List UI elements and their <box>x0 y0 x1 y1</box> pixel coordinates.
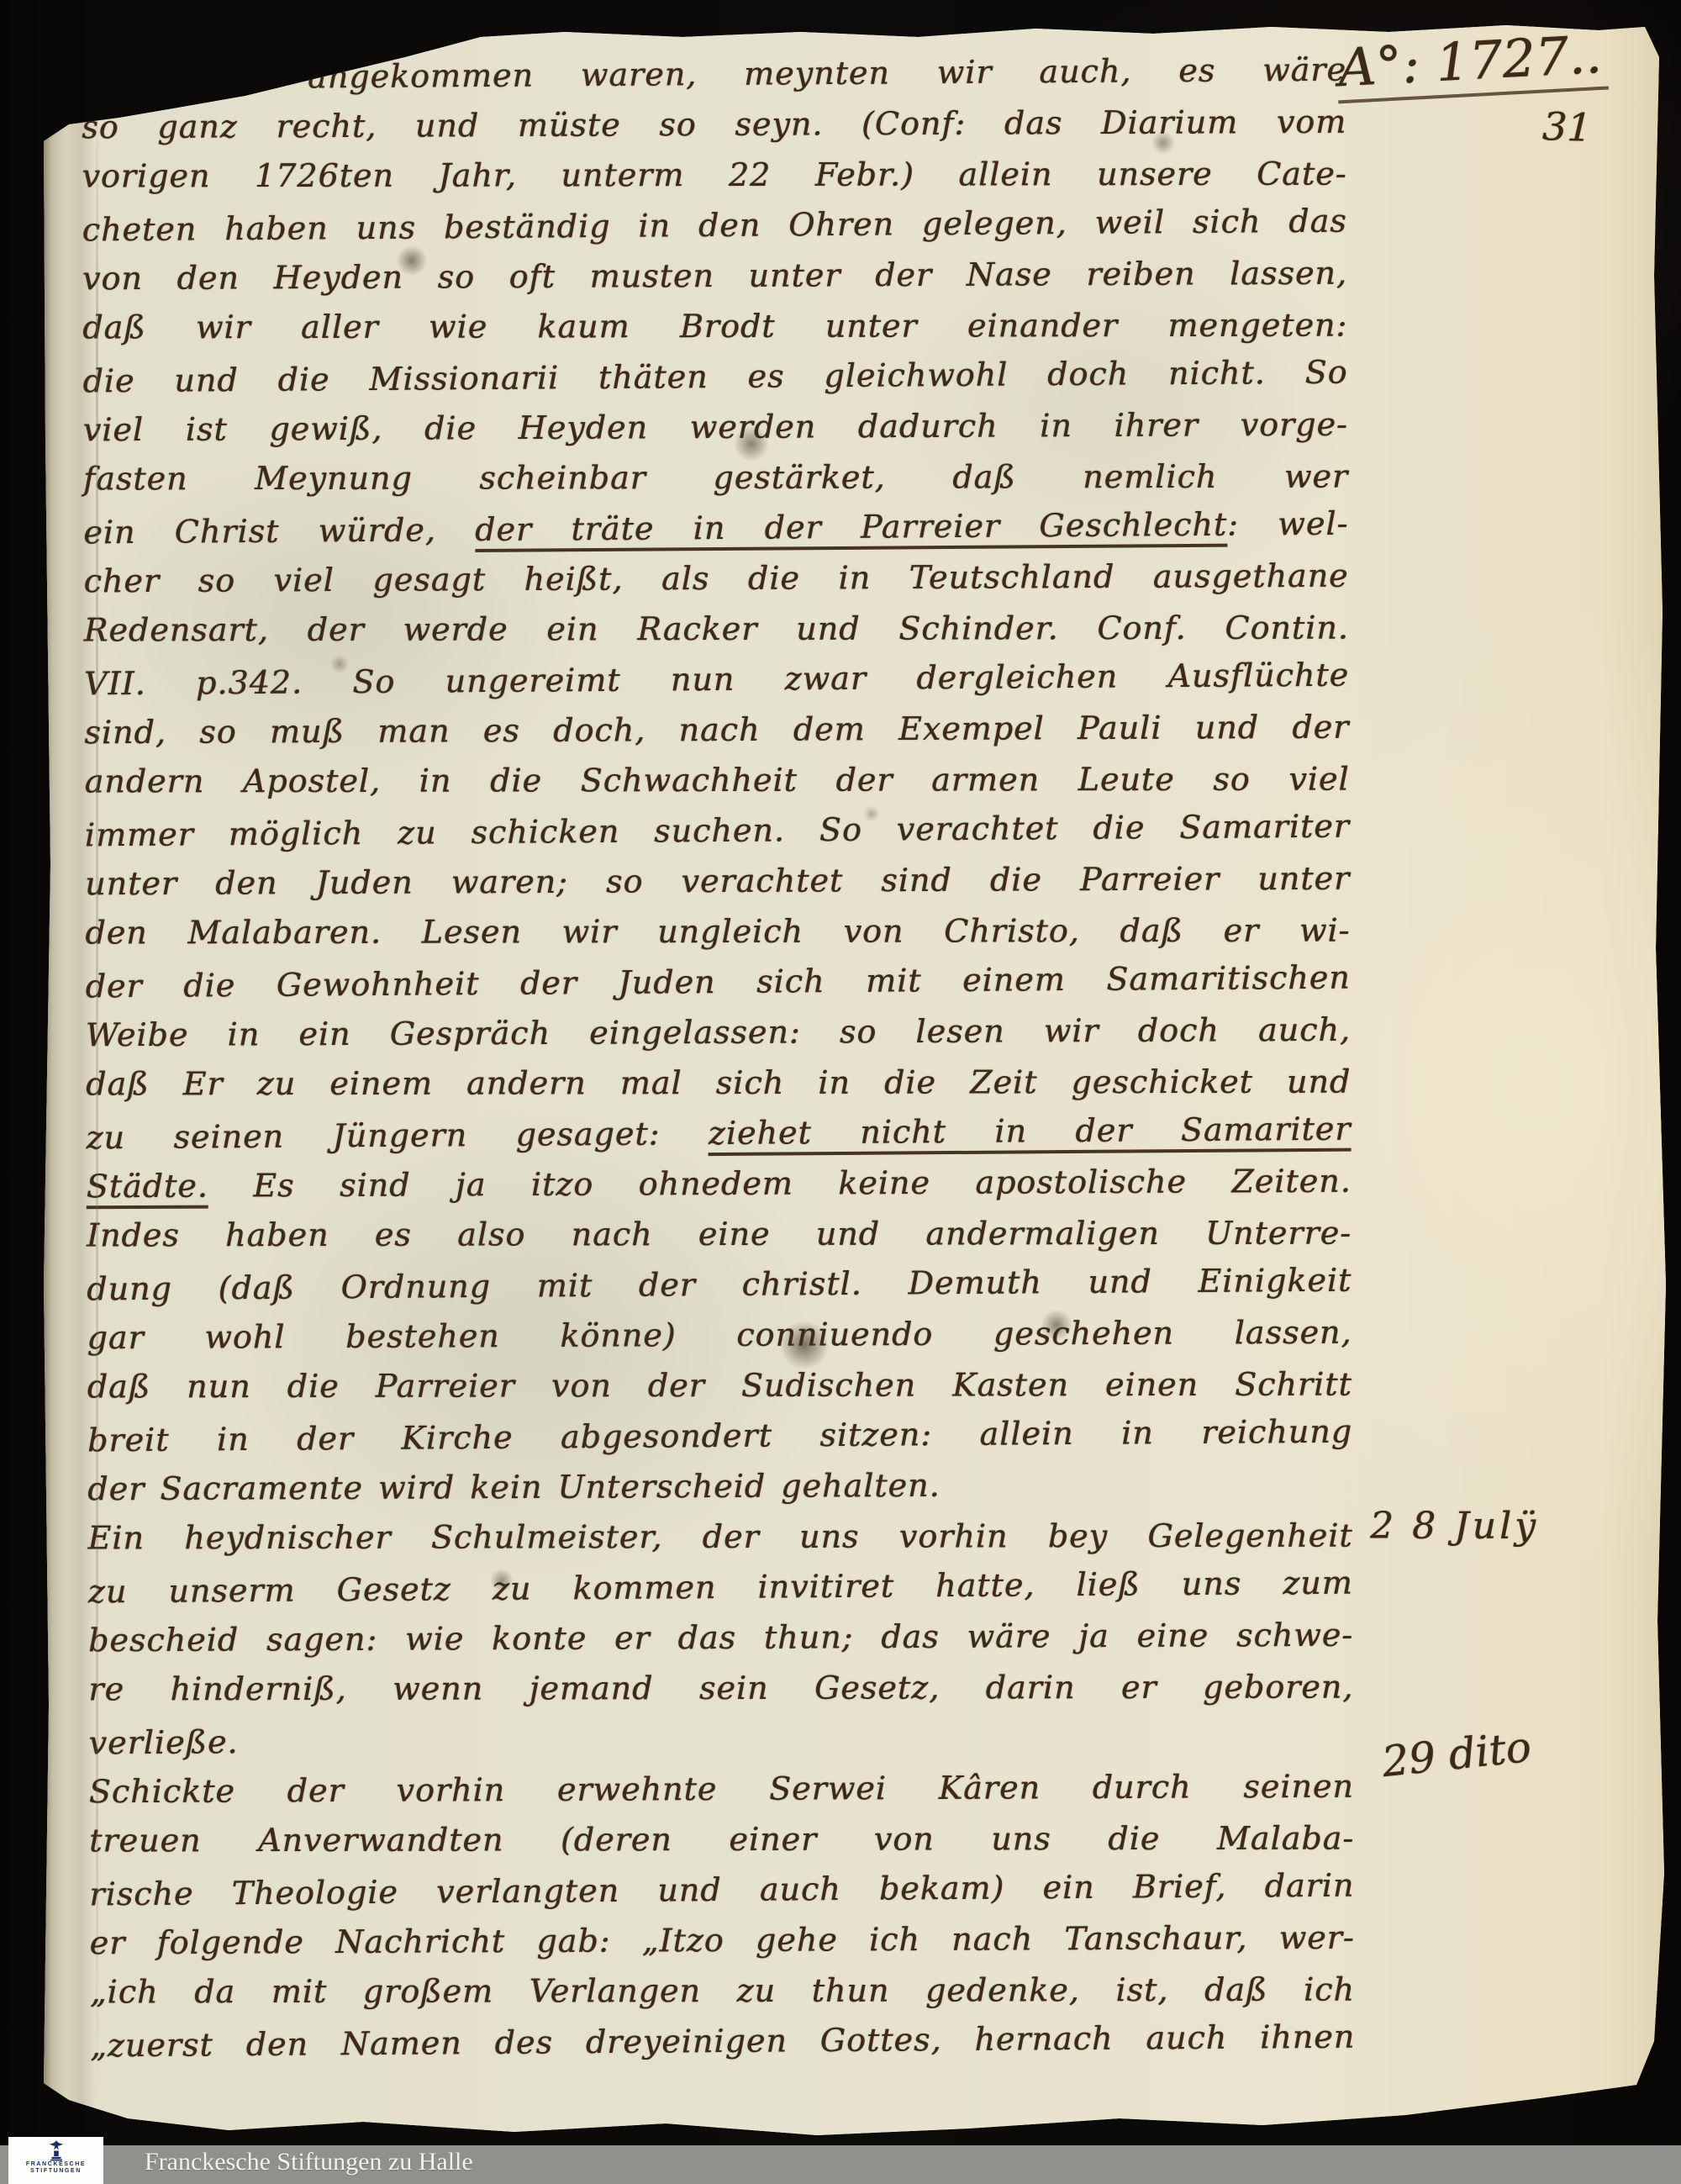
manuscript-page: A°: 1727.. 31 unnützlich angekommen ware… <box>44 24 1666 2152</box>
manuscript-line: „zuerst den Namen des dreyeinigen Gottes… <box>90 2012 1355 2071</box>
manuscript-line: Ein heydnischer Schulmeister, der uns vo… <box>87 1511 1352 1564</box>
manuscript-line: den Malabaren. Lesen wir ungleich von Ch… <box>85 905 1350 958</box>
manuscript-line: cheten haben uns beständig in den Ohren … <box>82 196 1346 256</box>
manuscript-line: Städte. Es sind ja itzo ohnedem keine ap… <box>87 1156 1352 1212</box>
manuscript-line: die und die Missionarii thäten es gleich… <box>82 347 1347 407</box>
manuscript-line: cher so viel gesagt heißt, als die in Te… <box>83 551 1348 607</box>
manuscript-line: verließe. <box>88 1709 1353 1769</box>
manuscript-line: zu unserm Gesetz zu kommen invitiret hat… <box>88 1558 1353 1617</box>
manuscript-line: Indes haben es also nach eine und anderm… <box>87 1208 1352 1261</box>
archive-year-text: A°: 1727.. <box>1336 24 1609 104</box>
manuscript-line: so ganz recht, und müste so seyn. (Conf:… <box>82 97 1346 153</box>
manuscript-line: gar wohl bestehen könne) conniuendo gesc… <box>87 1307 1352 1364</box>
manuscript-line: von den Heyden so oft musten unter der N… <box>82 248 1347 304</box>
manuscript-line: vorigen 1726ten Jahr, unterm 22 Febr.) a… <box>82 149 1346 202</box>
underlined-phrase: der träte in der Parreier Geschlecht <box>475 506 1227 552</box>
manuscript-line: der Sacramente wird kein Unterscheid geh… <box>87 1459 1352 1515</box>
manuscript-line: ein Christ würde, der träte in der Parre… <box>83 499 1348 558</box>
manuscript-line: viel ist gewiß, die Heyden werden dadurc… <box>83 399 1348 456</box>
manuscript-line: daß nun die Parreier von der Sudischen K… <box>87 1359 1352 1412</box>
scanned-manuscript-viewer: { "document": { "archive_number": "A°: 1… <box>0 0 1681 2184</box>
manuscript-line: VII. p.342. So ungereimt nun zwar dergle… <box>84 650 1349 710</box>
logo-wordmark-line1: FRANCKESCHE <box>26 2161 86 2168</box>
manuscript-line: dung (daß Ordnung mit der christl. Demut… <box>87 1255 1352 1315</box>
manuscript-line: der die Gewohnheit der Juden sich mit ei… <box>85 952 1350 1012</box>
manuscript-line: daß Er zu einem andern mal sich in die Z… <box>86 1057 1351 1110</box>
manuscript-line: sind, so muß man es doch, nach dem Exemp… <box>84 702 1349 758</box>
folio-number: 31 <box>1542 103 1593 150</box>
institution-name: Franckesche Stiftungen zu Halle <box>145 2148 473 2176</box>
margin-note-29-dito: 29 dito <box>1379 1722 1533 1786</box>
franckesche-stiftungen-logo: FRANCKESCHE STIFTUNGEN <box>8 2137 103 2184</box>
underlined-phrase: Städte. <box>87 1168 208 1210</box>
manuscript-line: unnützlich angekommen waren, meynten wir… <box>82 45 1346 104</box>
manuscript-line: Weibe in ein Gespräch eingelassen: so le… <box>86 1005 1351 1061</box>
manuscript-line: breit in der Kirche abgesondert sitzen: … <box>87 1406 1352 1466</box>
manuscript-line: „ich da mit großem Verlangen zu thun ged… <box>90 1965 1355 2018</box>
manuscript-line: fasten Meynung scheinbar gestärket, daß … <box>83 451 1348 504</box>
manuscript-line: daß wir aller wie kaum Brodt unter einan… <box>82 300 1347 353</box>
manuscript-line: Redensart, der werde ein Racker und Schi… <box>84 603 1349 656</box>
archive-year-annotation: A°: 1727.. <box>1336 24 1609 99</box>
logo-wordmark-line2: STIFTUNGEN <box>30 2168 82 2175</box>
manuscript-line: rische Theologie verlangten und auch bek… <box>89 1860 1354 1920</box>
manuscript-line: immer möglich zu schicken suchen. So ver… <box>85 801 1350 861</box>
manuscript-line: andern Apostel, in die Schwachheit der a… <box>85 754 1350 807</box>
underlined-phrase: ziehet nicht in der Samariter <box>709 1110 1352 1156</box>
handwritten-text-block: unnützlich angekommen waren, meynten wir… <box>82 46 1355 2070</box>
manuscript-line: Schickte der vorhin erwehnte Serwei Kâre… <box>89 1761 1354 1817</box>
margin-note-28-july: 2 8 Julÿ <box>1370 1505 1539 1548</box>
manuscript-line: treuen Anverwandten (deren einer von uns… <box>89 1813 1354 1866</box>
manuscript-line: er folgende Nachricht gab: „Itzo gehe ic… <box>89 1912 1354 1969</box>
manuscript-line: zu seinen Jüngern gesaget: ziehet nicht … <box>86 1104 1351 1163</box>
eagle-emblem-icon <box>46 2139 66 2161</box>
manuscript-line: re hinderniß, wenn jemand sein Gesetz, d… <box>88 1662 1353 1715</box>
manuscript-line: unter den Juden waren; so verachtet sind… <box>85 853 1350 910</box>
manuscript-line: bescheid sagen: wie konte er das thun; d… <box>88 1610 1353 1666</box>
